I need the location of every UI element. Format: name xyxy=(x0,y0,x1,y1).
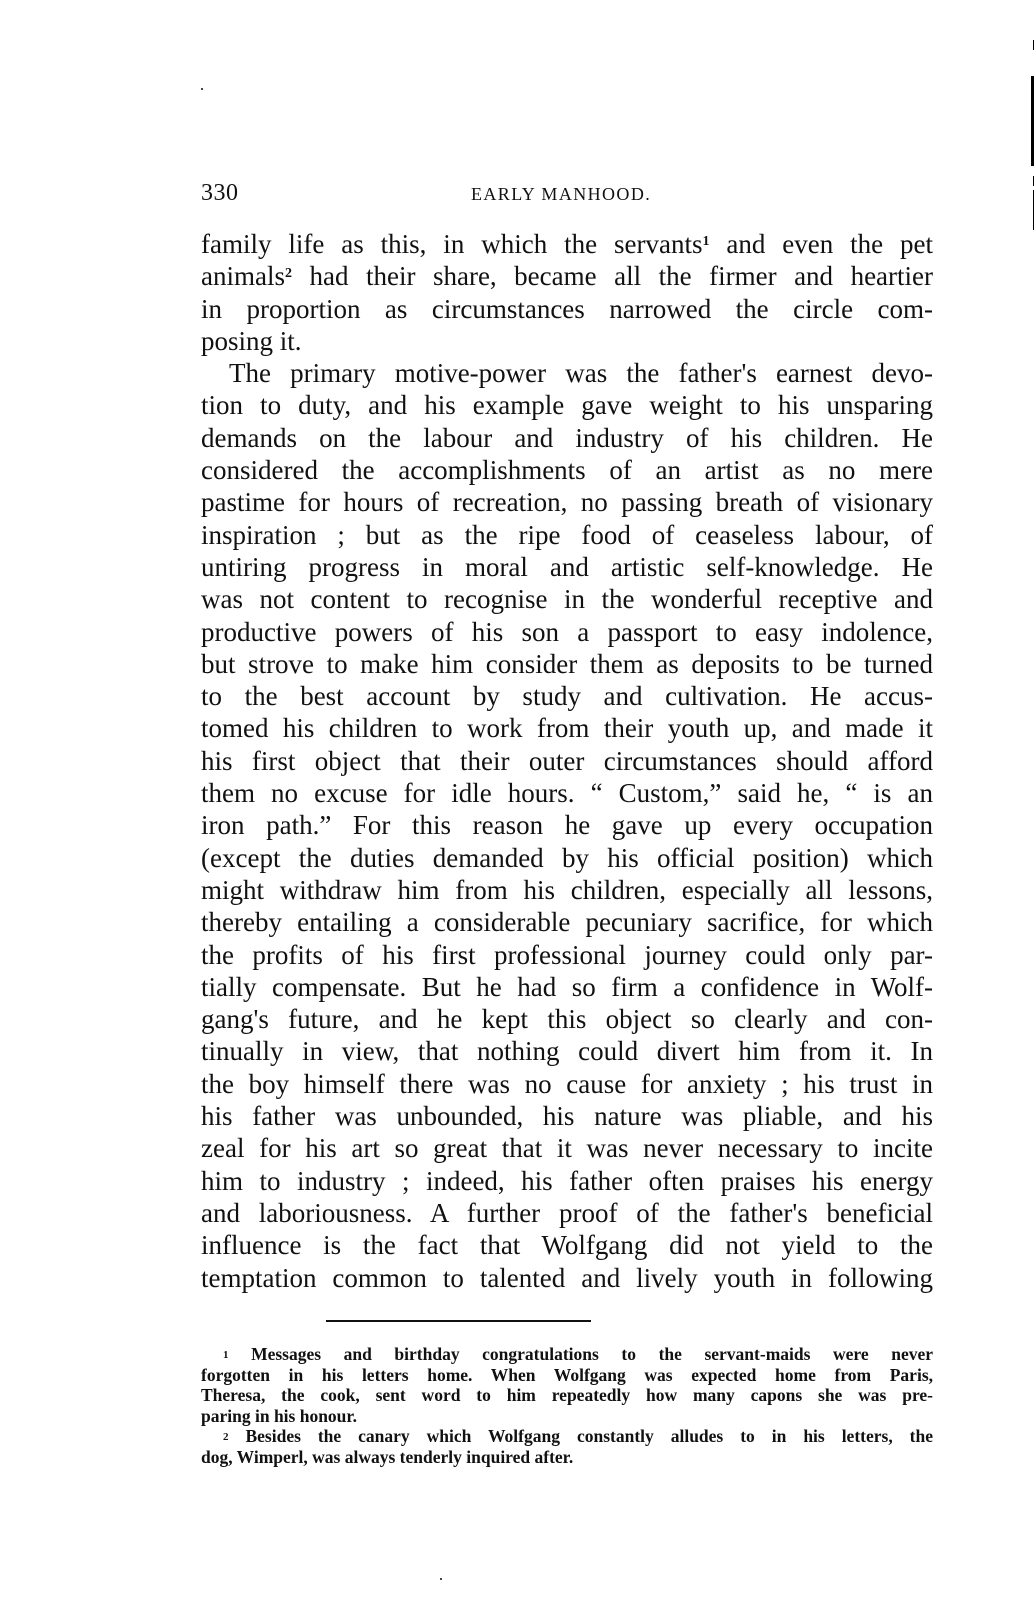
text-line: zeal for his art so great that it was ne… xyxy=(201,1132,933,1164)
text-line: tomed his children to work from their yo… xyxy=(201,712,933,744)
text-line: considered the accomplishments of an art… xyxy=(201,454,933,486)
text-line: might withdraw him from his children, es… xyxy=(201,874,933,906)
text-line: demands on the labour and industry of hi… xyxy=(201,422,933,454)
text-line: the profits of his first professional jo… xyxy=(201,939,933,971)
running-head: 330 EARLY MANHOOD. xyxy=(201,180,933,210)
text-line: was not content to recognise in the wond… xyxy=(201,583,933,615)
text-line: untiring progress in moral and artistic … xyxy=(201,551,933,583)
body-text: family life as this, in which the servan… xyxy=(201,228,933,1294)
page-number: 330 xyxy=(201,180,239,207)
footnote-line: 1 Messages and birthday congratulations … xyxy=(201,1344,933,1365)
text-line: and laboriousness. A further proof of th… xyxy=(201,1197,933,1229)
text-line: them no excuse for idle hours. “ Custom,… xyxy=(201,777,933,809)
book-page: 330 EARLY MANHOOD. family life as this, … xyxy=(0,0,1034,1600)
footnote-line: Theresa, the cook, sent word to him repe… xyxy=(201,1385,933,1406)
footnote-marker: 1 xyxy=(223,1349,229,1361)
text-line: productive powers of his son a passport … xyxy=(201,616,933,648)
text-line: (except the duties demanded by his offic… xyxy=(201,842,933,874)
text-line: his father was unbounded, his nature was… xyxy=(201,1100,933,1132)
text-line: posing it. xyxy=(201,325,933,357)
footnote-2: 2 Besides the canary which Wolfgang cons… xyxy=(201,1426,933,1467)
text-line: influence is the fact that Wolfgang did … xyxy=(201,1229,933,1261)
text-line: gang's future, and he kept this object s… xyxy=(201,1003,933,1035)
footnotes: 1 Messages and birthday congratulations … xyxy=(201,1344,933,1467)
text-line: but strove to make him consider them as … xyxy=(201,648,933,680)
footnote-1: 1 Messages and birthday congratulations … xyxy=(201,1344,933,1426)
text-line: iron path.” For this reason he gave up e… xyxy=(201,809,933,841)
footnote-ref-1: 1 xyxy=(702,234,709,249)
paragraph-start-line: The primary motive-power was the father'… xyxy=(201,357,933,389)
text-line: to the best account by study and cultiva… xyxy=(201,680,933,712)
footnote-line: paring in his honour. xyxy=(201,1406,933,1427)
footnote-separator-rule xyxy=(326,1320,591,1322)
footnote-line: forgotten in his letters home. When Wolf… xyxy=(201,1365,933,1386)
text-line: his first object that their outer circum… xyxy=(201,745,933,777)
scan-speck xyxy=(201,88,203,90)
footnote-marker: 2 xyxy=(223,1431,229,1443)
text-line: tion to duty, and his example gave weigh… xyxy=(201,389,933,421)
scan-speck xyxy=(440,1578,442,1580)
footnote-line: 2 Besides the canary which Wolfgang cons… xyxy=(201,1426,933,1447)
text-line: tinually in view, that nothing could div… xyxy=(201,1035,933,1067)
text-line: inspiration ; but as the ripe food of ce… xyxy=(201,519,933,551)
text-line: thereby entailing a considerable pecunia… xyxy=(201,906,933,938)
text-line: tially compensate. But he had so firm a … xyxy=(201,971,933,1003)
running-title: EARLY MANHOOD. xyxy=(471,184,651,205)
text-line: animals2 had their share, became all the… xyxy=(201,260,933,292)
text-line: family life as this, in which the servan… xyxy=(201,228,933,260)
footnote-line: dog, Wimperl, was always tenderly inquir… xyxy=(201,1447,933,1468)
text-line: the boy himself there was no cause for a… xyxy=(201,1068,933,1100)
text-line: temptation common to talented and lively… xyxy=(201,1262,933,1294)
text-line: him to industry ; indeed, his father oft… xyxy=(201,1165,933,1197)
footnote-ref-2: 2 xyxy=(285,266,292,281)
text-line: in proportion as circumstances narrowed … xyxy=(201,293,933,325)
text-line: pastime for hours of recreation, no pass… xyxy=(201,486,933,518)
